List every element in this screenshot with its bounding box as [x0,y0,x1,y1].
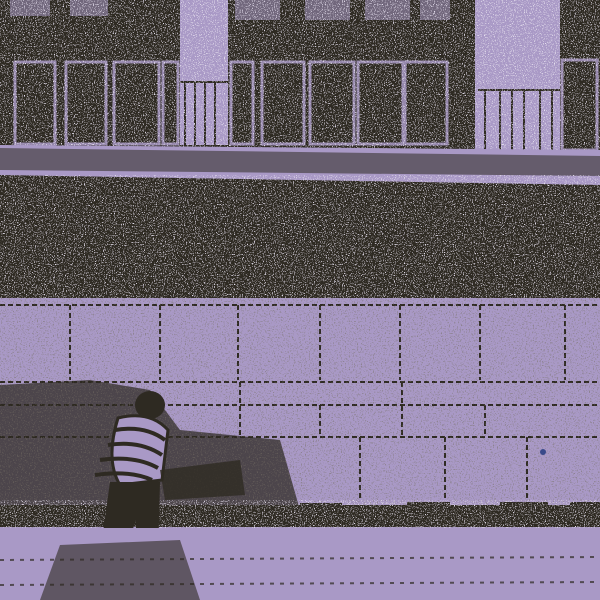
ink-spot [540,449,546,455]
pavement [0,528,600,600]
dark-band [0,175,600,298]
building-upper [0,0,600,155]
building-illustration [0,0,600,600]
dark-blocks-base [0,500,600,530]
photocopy-print-scene [0,0,600,600]
